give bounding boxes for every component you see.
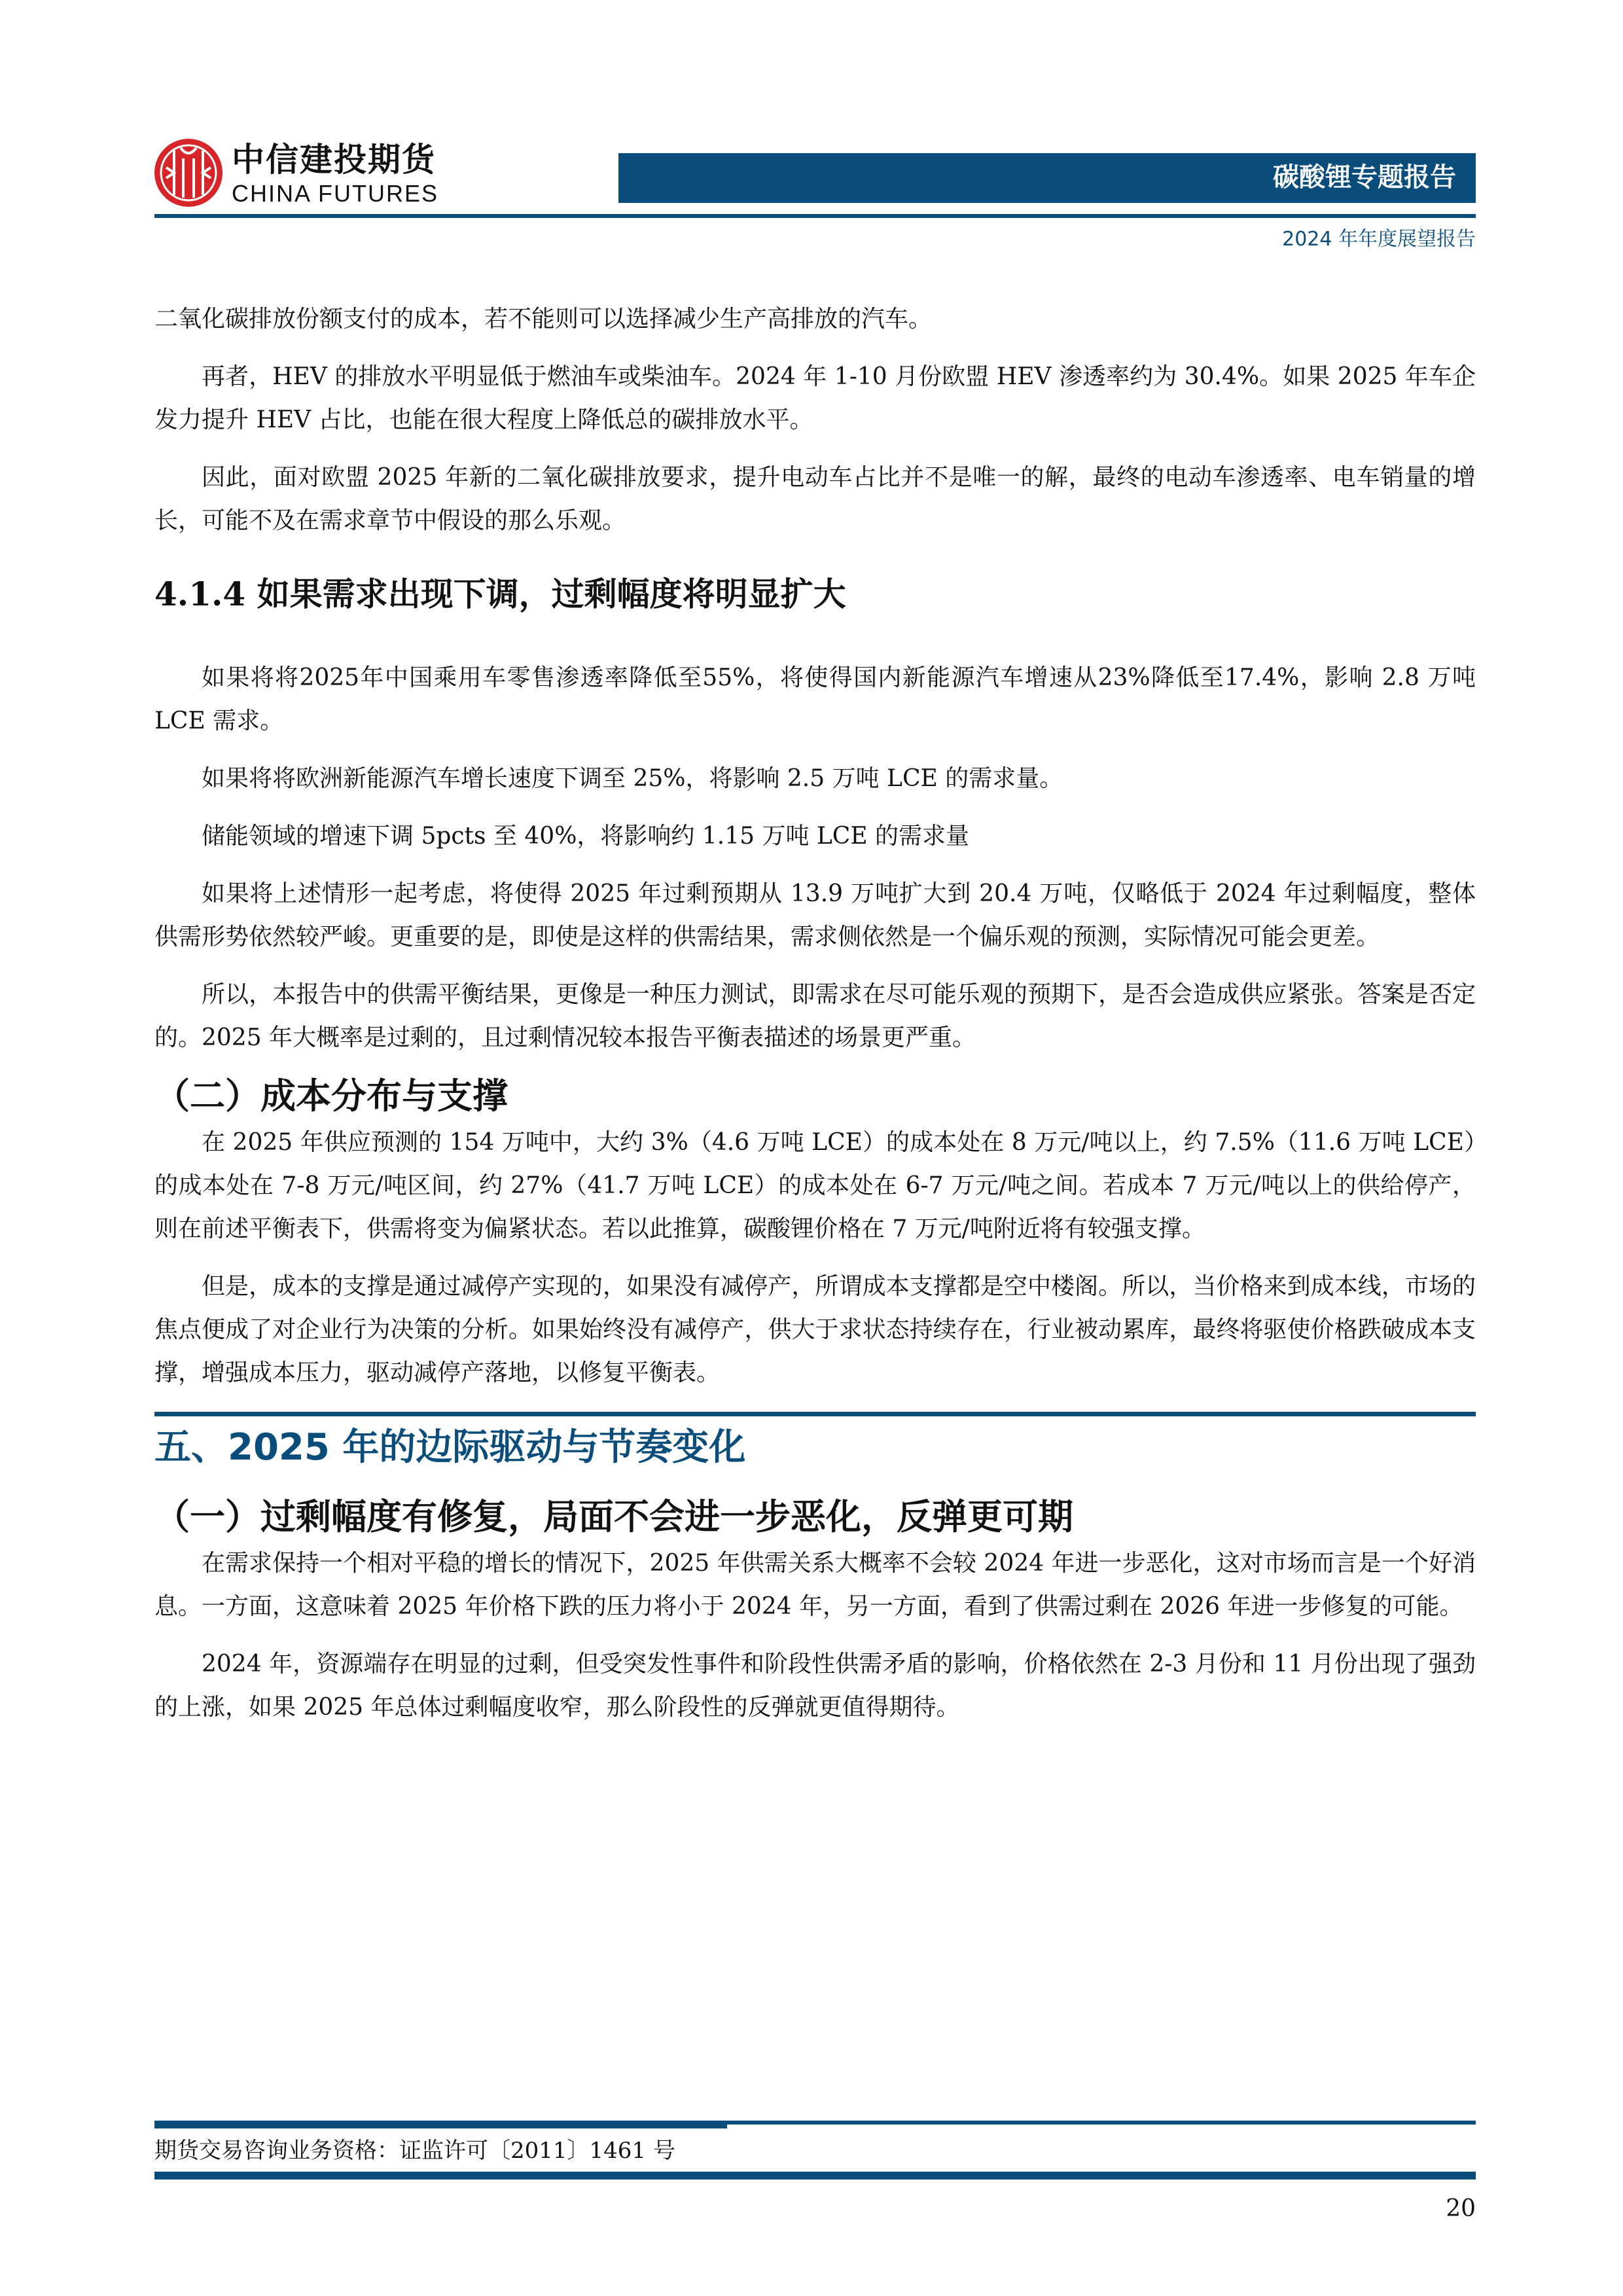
paragraph: 如果将将2025年中国乘用车零售渗透率降低至55%，将使得国内新能源汽车增速从2… [154, 656, 1476, 743]
paragraph: 如果将将欧洲新能源汽车增长速度下调至 25%，将影响 2.5 万吨 LCE 的需… [154, 757, 1476, 800]
header-divider [154, 214, 1476, 218]
paragraph: 但是，成本的支撑是通过减停产实现的，如果没有减停产，所谓成本支撑都是空中楼阁。所… [154, 1265, 1476, 1395]
chapter-heading-5: 五、2025 年的边际驱动与节奏变化 [154, 1416, 1476, 1479]
paragraph: 再者，HEV 的排放水平明显低于燃油车或柴油车。2024 年 1-10 月份欧盟… [154, 355, 1476, 442]
footer-divider-bottom [154, 2172, 1476, 2179]
paragraph: 因此，面对欧盟 2025 年新的二氧化碳排放要求，提升电动车占比并不是唯一的解，… [154, 456, 1476, 543]
paragraph: 在需求保持一个相对平稳的增长的情况下，2025 年供需关系大概率不会较 2024… [154, 1542, 1476, 1628]
paragraph: 储能领域的增速下调 5pcts 至 40%，将影响约 1.15 万吨 LCE 的… [154, 815, 1476, 858]
report-subtitle: 2024 年年度展望报告 [1282, 226, 1476, 253]
report-type-title: 碳酸锂专题报告 [1273, 161, 1456, 194]
section-heading-5-1: （一）过剩幅度有修复，局面不会进一步恶化，反弹更可期 [154, 1492, 1476, 1542]
paragraph: 二氧化碳排放份额支付的成本，若不能则可以选择减少生产高排放的汽车。 [154, 298, 1476, 341]
company-logo: 中信建投期货 CHINA FUTURES [154, 139, 442, 211]
logo-english-name: CHINA FUTURES [232, 181, 438, 207]
license-statement: 期货交易咨询业务资格：证监许可〔2011〕1461 号 [154, 2132, 675, 2169]
paragraph: 2024 年，资源端存在明显的过剩，但受突发性事件和阶段性供需矛盾的影响，价格依… [154, 1643, 1476, 1729]
paragraph: 如果将上述情形一起考虑，将使得 2025 年过剩预期从 13.9 万吨扩大到 2… [154, 872, 1476, 959]
section-heading-cost: （二）成本分布与支撑 [154, 1071, 1476, 1121]
logo-chinese-name: 中信建投期货 [232, 141, 436, 178]
page-number: 20 [1446, 2193, 1476, 2225]
footer-divider-accent [154, 2121, 727, 2128]
report-banner: 碳酸锂专题报告 [618, 153, 1476, 203]
paragraph: 在 2025 年供应预测的 154 万吨中，大约 3%（4.6 万吨 LCE）的… [154, 1121, 1476, 1251]
section-heading-4-1-4: 4.1.4 如果需求出现下调，过剩幅度将明显扩大 [154, 571, 1476, 617]
chapter-divider [154, 1412, 1476, 1416]
paragraph: 所以，本报告中的供需平衡结果，更像是一种压力测试，即需求在尽可能乐观的预期下，是… [154, 973, 1476, 1060]
citic-logo-icon [154, 139, 223, 207]
document-body: 二氧化碳排放份额支付的成本，若不能则可以选择减少生产高排放的汽车。 再者，HEV… [154, 298, 1476, 1729]
